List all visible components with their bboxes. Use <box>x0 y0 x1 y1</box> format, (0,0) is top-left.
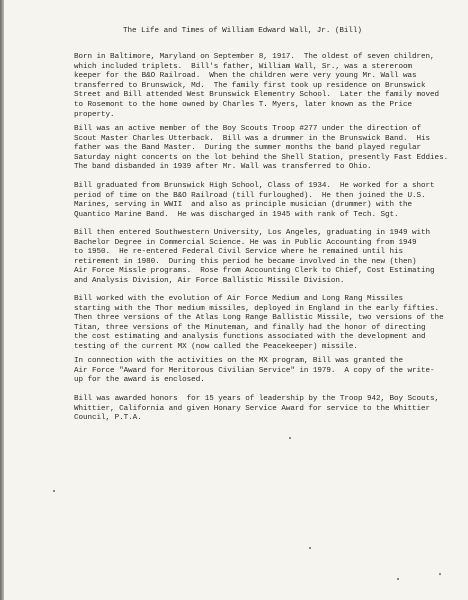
paragraph-career: Bill then entered Southwestern Universit… <box>74 229 454 287</box>
paper-speck <box>309 547 311 549</box>
paragraph-missiles: Bill worked with the evolution of Air Fo… <box>74 295 454 353</box>
paragraph-education-military: Bill graduated from Brunswick High Schoo… <box>74 182 454 220</box>
document-title: The Life and Times of William Edward Wal… <box>123 27 362 37</box>
paragraph-award: In connection with the activities on the… <box>74 357 454 386</box>
paper-speck <box>53 490 55 492</box>
typed-page: The Life and Times of William Edward Wal… <box>4 0 468 600</box>
paragraph-birth: Born in Baltimore, Maryland on September… <box>74 53 454 120</box>
paragraph-boy-scouts: Bill was an active member of the Boy Sco… <box>74 125 454 173</box>
paper-speck <box>289 437 291 439</box>
paragraph-honors: Bill was awarded honors for 15 years of … <box>74 395 454 424</box>
paper-speck <box>439 573 441 575</box>
paper-speck <box>397 578 399 580</box>
